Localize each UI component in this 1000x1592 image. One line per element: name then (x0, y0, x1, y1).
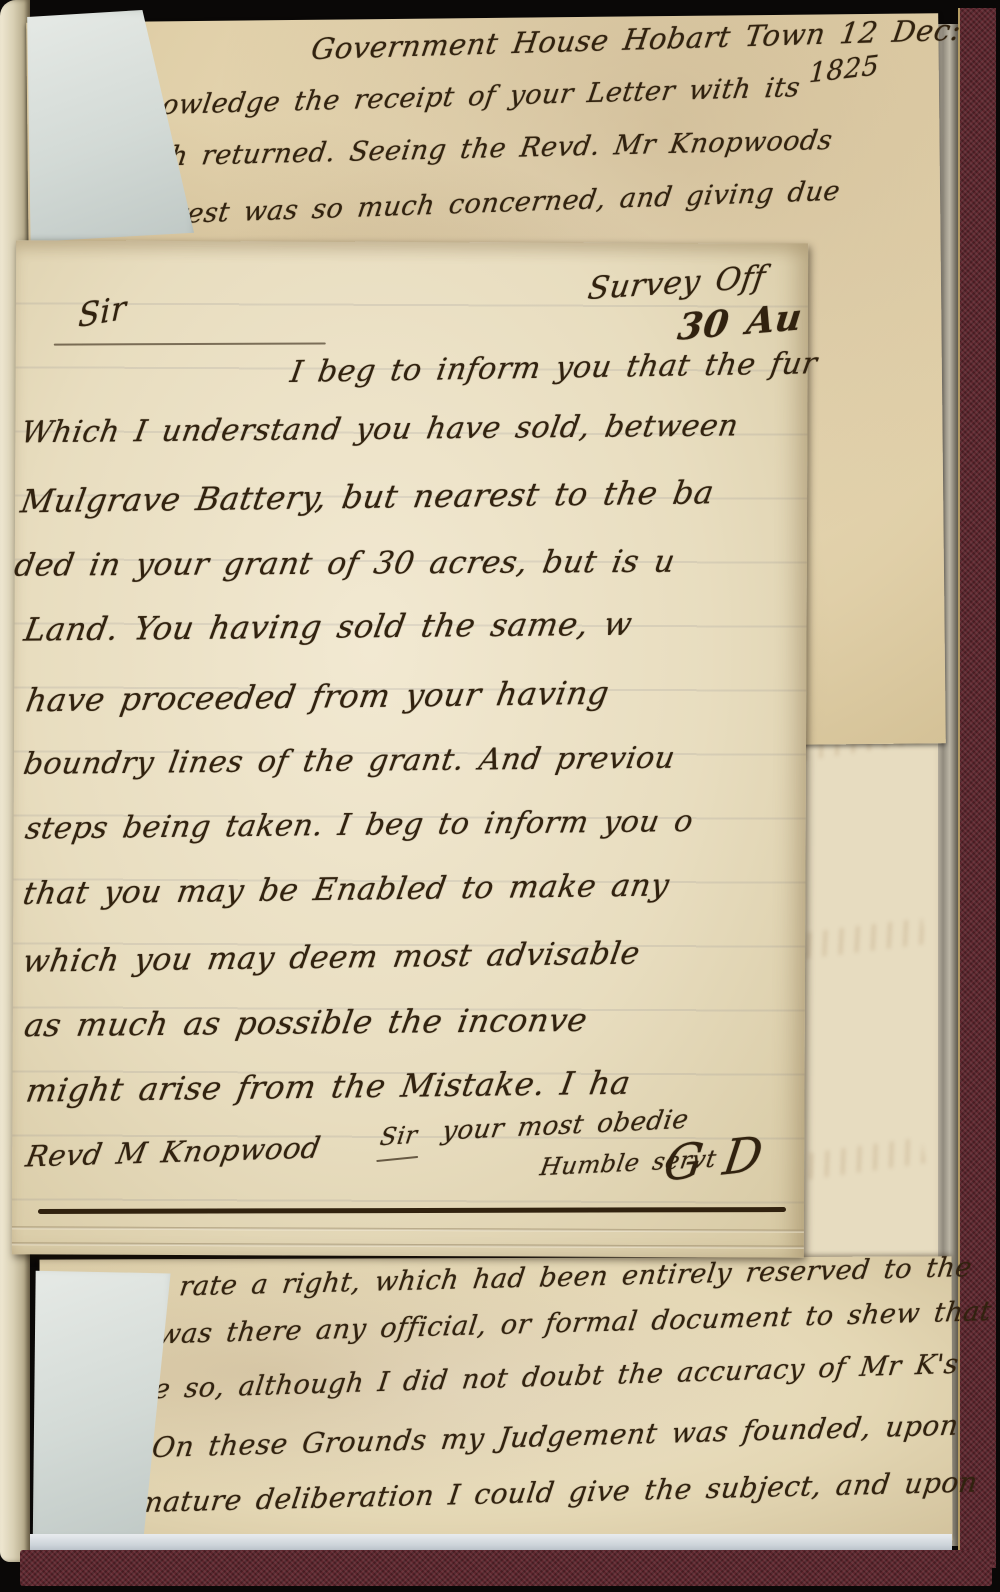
handwritten-line: rate a right, which had been entirely re… (178, 1252, 974, 1302)
closing-sir-underline (376, 1156, 418, 1162)
manuscript-photograph: 1825 rate a right, which had been entire… (0, 0, 1000, 1592)
signature-flourish-underline (38, 1207, 786, 1214)
letter-bottom: rate a right, which had been entirely re… (40, 1256, 953, 1543)
book-cover-right (958, 8, 996, 1568)
letter-middle: Survey Off 30 Au Sir I beg to inform you… (12, 240, 808, 1257)
handwritten-line: steps being taken. I beg to inform you o (23, 804, 696, 847)
closing-sir: Sir (378, 1121, 419, 1152)
handwritten-line: On these Grounds my Judgement was founde… (150, 1408, 960, 1464)
handwritten-line: that you may be Enabled to make any (20, 867, 672, 912)
handwritten-line: as much as possible the inconve (22, 1001, 591, 1044)
bleedthrough-stroke (795, 918, 925, 959)
handwritten-line: might arise from the Mistake. I ha (23, 1064, 633, 1110)
handwritten-line: terest was so much concerned, and giving… (144, 176, 842, 231)
handwritten-line: ne so, although I did not doubt the accu… (134, 1349, 960, 1406)
handwritten-line: Mulgrave Battery, but nearest to the ba (18, 473, 717, 520)
handwritten-line: was there any official, or formal docume… (156, 1296, 993, 1350)
bleedthrough-stroke (797, 1137, 925, 1180)
salutation-underline (54, 342, 326, 345)
letter-date: 30 Au (675, 296, 804, 349)
addressee: Revd M Knopwood (23, 1130, 323, 1173)
closing-line: your most obedie (440, 1105, 691, 1147)
handwritten-line: Which I understand you have sold, betwee… (18, 408, 741, 450)
handwritten-line: mature deliberation I could give the sub… (134, 1465, 979, 1519)
salutation: Sir (77, 288, 127, 335)
handwritten-line: Land. You having sold the same, w (21, 605, 635, 649)
letter-year: 1825 (808, 50, 880, 90)
book-cover-bottom (20, 1550, 992, 1586)
handwritten-line: boundry lines of the grant. And previou (21, 741, 678, 782)
handwritten-line: have proceeded from your having (23, 674, 612, 720)
paper-fold-ridge (12, 1226, 804, 1232)
paper-fold-ridge (12, 1242, 804, 1248)
handwritten-line: I beg to inform you that the fur (288, 346, 820, 390)
handwritten-line: ded in your grant of 30 acres, but is u (12, 544, 678, 584)
letter-office: Survey Off (586, 259, 769, 307)
handwritten-line: which you may deem most advisable (20, 936, 642, 980)
signature: G D (660, 1126, 766, 1193)
